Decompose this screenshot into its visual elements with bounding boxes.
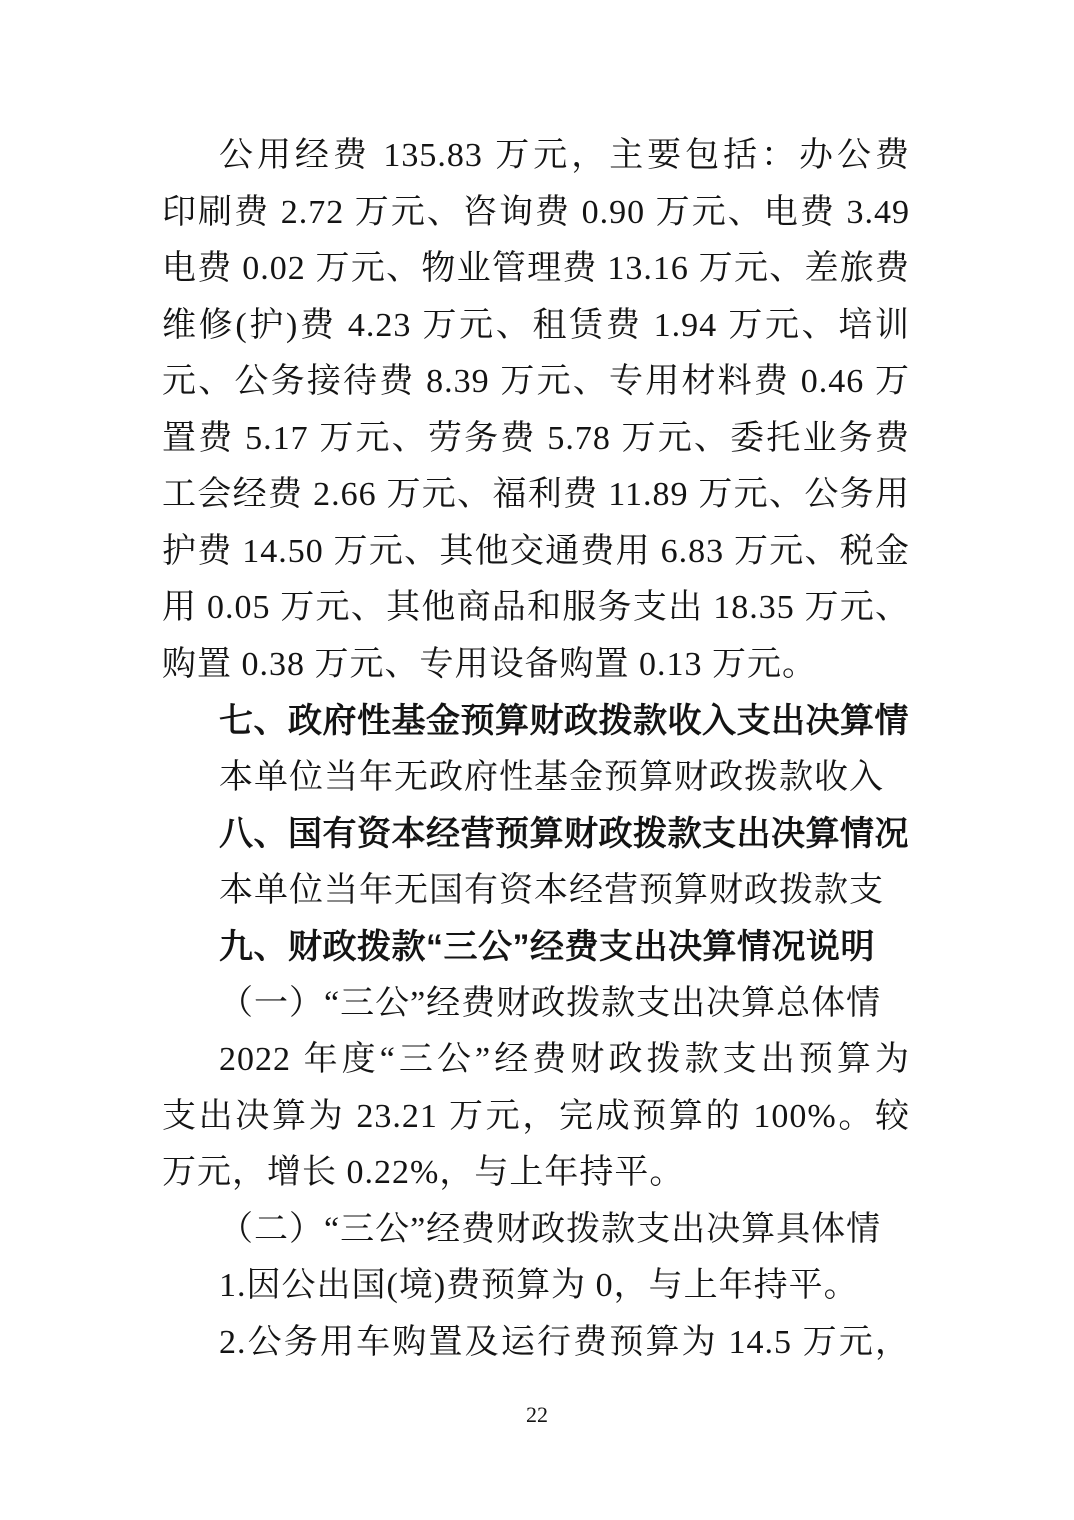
body-line: （一）“三公”经费财政拨款支出决算总体情况说明。 [162,976,910,1033]
body-line: 维修(护)费 4.23 万元、租赁费 1.94 万元、培训费 1.76 万 [162,298,910,355]
body-line: 印刷费 2.72 万元、咨询费 0.90 万元、电费 3.49 万元、邮 [162,185,910,242]
body-line: 1.因公出国(境)费预算为 0，与上年持平。 [162,1258,910,1315]
body-line: 本单位当年无国有资本经营预算财政拨款支出。 [162,863,910,920]
body-line: 支出决算为 23.21 万元，完成预算的 100%。较上年增加 0.05 [162,1089,910,1146]
body-line: 本单位当年无政府性基金预算财政拨款收入支出。 [162,750,910,807]
body-line: 工会经费 2.66 万元、福利费 11.89 万元、公务用车运行维 [162,467,910,524]
paragraph-public-funds: 公用经费 135.83 万元，主要包括：办公费 21.29 万元、 印刷费 2.… [162,128,910,693]
body-line: 2.公务用车购置及运行费预算为 14.5 万元，支出决算 [162,1315,910,1372]
page-number: 22 [0,1398,1074,1432]
body-line: 护费 14.50 万元、其他交通费用 6.83 万元、税金及附加费 [162,524,910,581]
body-line: 电费 0.02 万元、物业管理费 13.16 万元、差旅费 3.24 万元、 [162,241,910,298]
section-heading-7: 七、政府性基金预算财政拨款收入支出决算情况说明 [162,693,910,750]
body-line: 万元，增长 0.22%，与上年持平。 [162,1145,910,1202]
body-line: 公用经费 135.83 万元，主要包括：办公费 21.29 万元、 [162,128,910,185]
body-line: 2022 年度“三公”经费财政拨款支出预算为 23.21 万元， [162,1032,910,1089]
body-line: 购置 0.38 万元、专用设备购置 0.13 万元。 [162,637,910,694]
paragraph-three-public-summary: 2022 年度“三公”经费财政拨款支出预算为 23.21 万元， 支出决算为 2… [162,1032,910,1202]
body-line: （二）“三公”经费财政拨款支出决算具体情况说明。 [162,1202,910,1259]
section-heading-8: 八、国有资本经营预算财政拨款支出决算情况说明 [162,806,910,863]
body-line: 置费 5.17 万元、劳务费 5.78 万元、委托业务费 8.50 万元、 [162,411,910,468]
body-line: 用 0.05 万元、其他商品和服务支出 18.35 万元、办公设备 [162,580,910,637]
document-page: 公用经费 135.83 万元，主要包括：办公费 21.29 万元、 印刷费 2.… [0,0,1074,1520]
section-heading-9: 九、财政拨款“三公”经费支出决算情况说明 [162,919,910,976]
document-body: 公用经费 135.83 万元，主要包括：办公费 21.29 万元、 印刷费 2.… [162,128,910,1371]
body-line: 元、公务接待费 8.39 万元、专用材料费 0.46 万元、被装购 [162,354,910,411]
